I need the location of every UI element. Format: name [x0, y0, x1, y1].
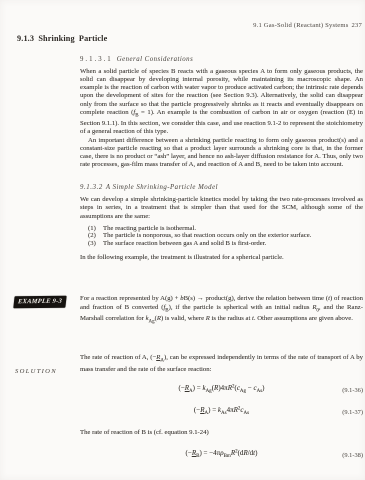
equation-row: (−RB) = −4πρBmR2(dR/dt) (9.1-38) [80, 449, 363, 459]
equation: (−RB) = −4πρBmR2(dR/dt) [186, 449, 258, 459]
solution-paragraph-1: The rate of reaction of A, (−RA), can be… [80, 354, 363, 374]
equation-number: (9.1-37) [342, 409, 363, 416]
equation: (−RA) = kAg(R)4πR2(cAg − cAs) [178, 384, 264, 394]
subsection-heading-model: 9.1.3.2A Simple Shrinking-Particle Model [80, 184, 363, 191]
text-column: 9.1.3.1General Considerations When a sol… [80, 0, 363, 459]
paragraph-model-closing: In the following example, the treatment … [80, 254, 363, 262]
subsection-title: General Considerations [117, 56, 194, 63]
subsection-number: 9.1.3.2 [80, 184, 103, 191]
solution-paragraph-2: The rate of reaction of B is (cf. equati… [80, 429, 363, 437]
subsection-number: 9.1.3.1 [80, 56, 113, 63]
example-badge: EXAMPLE 9-3 [13, 296, 66, 308]
list-item-text: The surface reaction between gas A and s… [103, 240, 363, 248]
paragraph-model-intro: We can develop a simple shrinking-partic… [80, 196, 363, 220]
paragraph-general-2: An important difference between a shrink… [80, 137, 363, 170]
assumptions-list: (1)The reacting particle is isothermal. … [88, 225, 363, 248]
list-item-text: The particle is nonporous, so that react… [103, 232, 363, 240]
list-item: (3)The surface reaction between gas A an… [88, 240, 363, 248]
subsection-heading-general: 9.1.3.1General Considerations [80, 56, 363, 63]
solution-label: SOLUTION [15, 368, 57, 375]
equation: (−RA) = kAs4πR2cAs [194, 406, 249, 416]
book-page: 9.1 Gas-Solid (Reactant) Systems237 9.1.… [0, 0, 365, 480]
example-statement: For a reaction represented by A(g) + bB(… [80, 295, 363, 327]
equation-row: (−RA) = kAg(R)4πR2(cAg − cAs) (9.1-36) [80, 384, 363, 394]
subsection-title: A Simple Shrinking-Particle Model [106, 184, 218, 191]
list-item-number: (3) [88, 240, 103, 248]
list-item-number: (2) [88, 232, 103, 240]
equation-number: (9.1-36) [342, 387, 363, 394]
equation-number: (9.1-38) [342, 452, 363, 459]
list-item: (2)The particle is nonporous, so that re… [88, 232, 363, 240]
equation-row: (−RA) = kAs4πR2cAs (9.1-37) [80, 406, 363, 416]
paragraph-general-1: When a solid particle of species B react… [80, 68, 363, 137]
